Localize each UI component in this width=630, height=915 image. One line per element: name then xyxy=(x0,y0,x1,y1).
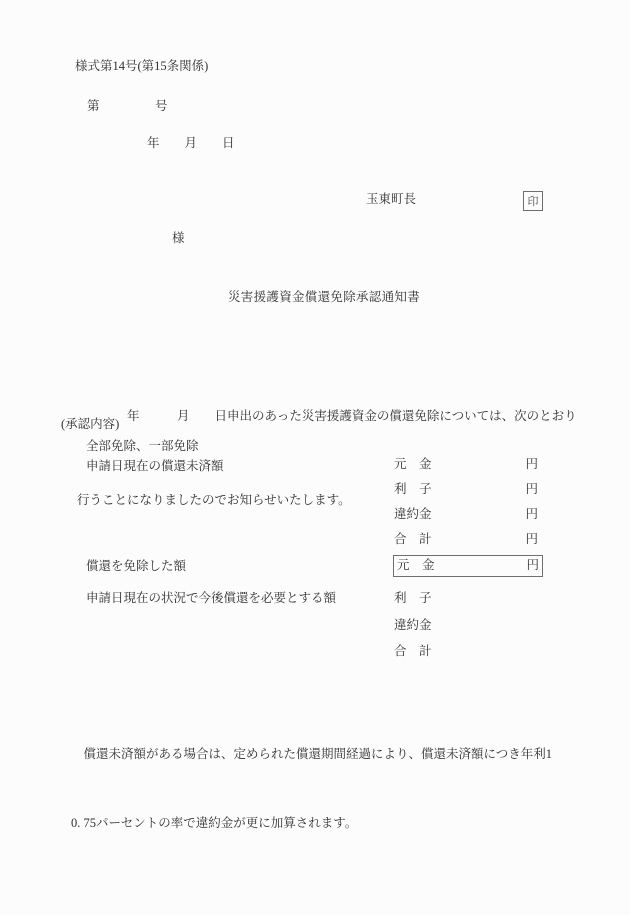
note-line-1: 償還未済額がある場合は、定められた償還期間経過により、償還未済額につき年利1 xyxy=(71,743,552,766)
yen-unit: 円 xyxy=(525,458,538,472)
addressee-honorific: 様 xyxy=(172,232,185,246)
amount-label: 合 計 xyxy=(394,645,432,659)
document-page: 様式第14号(第15条関係) 第 号 年 月 日 玉東町長 印 様 災害援護資金… xyxy=(0,0,630,915)
amount-row-future-interest: 利 子 xyxy=(394,592,538,606)
exemption-options: 全部免除、一部免除 xyxy=(86,440,199,454)
exempted-amount-label: 償還を免除した額 xyxy=(86,560,186,574)
seal-icon: 印 xyxy=(528,193,539,209)
yen-unit: 円 xyxy=(526,559,539,573)
doc-number-suffix: 号 xyxy=(155,100,168,114)
doc-number-prefix: 第 xyxy=(87,100,100,114)
yen-unit: 円 xyxy=(525,508,538,522)
amount-label: 元 金 xyxy=(394,458,432,472)
amount-row-future-penalty: 違約金 xyxy=(394,619,538,633)
amount-row-principal: 元 金 円 xyxy=(394,458,538,472)
amount-label: 利 子 xyxy=(394,483,432,497)
issuer-name: 玉東町長 xyxy=(366,193,416,207)
note-line-2: 0. 75パーセントの率で違約金が更に加算されます。 xyxy=(71,812,552,835)
exempted-amount-box: 元 金 円 xyxy=(393,555,543,577)
body-line-1: 年 月 日申出のあった災害援護資金の償還免除については、次のとおり xyxy=(77,402,577,430)
amount-label: 違約金 xyxy=(394,508,432,522)
future-repayment-label: 申請日現在の状況で今後償還を必要とする額 xyxy=(86,592,336,606)
amount-row-total: 合 計 円 xyxy=(394,533,538,547)
amount-label: 利 子 xyxy=(394,592,432,606)
amount-row-penalty: 違約金 円 xyxy=(394,508,538,522)
amount-label: 合 計 xyxy=(394,533,432,547)
document-title: 災害援護資金償還免除承認通知書 xyxy=(228,287,420,305)
amount-row-future-total: 合 計 xyxy=(394,645,538,659)
seal-stamp-box: 印 xyxy=(523,191,543,211)
approval-heading: (承認内容) xyxy=(61,418,119,432)
yen-unit: 円 xyxy=(525,533,538,547)
date-blank-line: 年 月 日 xyxy=(147,137,235,151)
amount-label: 違約金 xyxy=(394,619,432,633)
amount-row-interest: 利 子 円 xyxy=(394,483,538,497)
outstanding-amount-label: 申請日現在の償還未済額 xyxy=(86,460,224,474)
form-number: 様式第14号(第15条関係) xyxy=(75,60,208,74)
amount-label: 元 金 xyxy=(397,559,435,573)
yen-unit: 円 xyxy=(525,483,538,497)
note-paragraph: 償還未済額がある場合は、定められた償還期間経過により、償還未済額につき年利1 0… xyxy=(71,697,552,881)
